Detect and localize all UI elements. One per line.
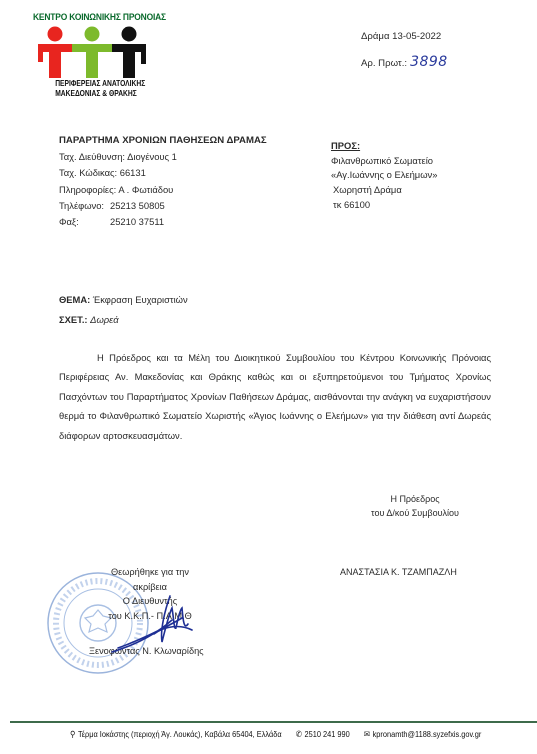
related-line: ΣΧΕΤ.: Δωρεά	[59, 310, 188, 330]
sender-heading: ΠΑΡΑΡΤΗΜΑ ΧΡΟΝΙΩΝ ΠΑΘΗΣΕΩΝ ΔΡΑΜΑΣ	[59, 133, 267, 149]
mail-icon: ✉	[364, 729, 370, 740]
sender-phone: Τηλέφωνο:25213 50805	[59, 198, 267, 214]
president-name: ΑΝΑΣΤΑΣΙΑ Κ. ΤΖΑΜΠΑΖΛΗ	[340, 567, 457, 577]
body-paragraph: Η Πρόεδρος και τα Μέλη του Διοικητικού Σ…	[59, 348, 491, 445]
recipient-line: Χωρηστή Δράμα	[331, 183, 437, 198]
handwritten-signature-icon	[110, 590, 200, 660]
document-date: Δράμα 13-05-2022	[361, 31, 441, 42]
recipient-line: «Αγ.Ιωάννης ο Ελεήμων»	[331, 168, 437, 183]
subject-line: ΘΕΜΑ: Έκφραση Ευχαριστιών	[59, 290, 188, 310]
president-title: Η Πρόεδρος του Δ/κού Συμβουλίου	[360, 492, 470, 520]
org-name: ΚΕΝΤΡΟ ΚΟΙΝΩΝΙΚΗΣ ΠΡΟΝΟΙΑΣ	[33, 12, 166, 23]
footer-contact: ⚲Τέρμα Ιοκάστης (περιοχή Άγ. Λουκάς), Κα…	[70, 729, 481, 740]
protocol-number: Αρ. Πρωτ.:3898	[361, 54, 448, 70]
subject-block: ΘΕΜΑ: Έκφραση Ευχαριστιών ΣΧΕΤ.: Δωρεά	[59, 290, 188, 329]
recipient-label: ΠΡΟΣ:	[331, 139, 437, 154]
people-logo-icon	[36, 26, 148, 78]
sender-block: ΠΑΡΑΡΤΗΜΑ ΧΡΟΝΙΩΝ ΠΑΘΗΣΕΩΝ ΔΡΑΜΑΣ Ταχ. Δ…	[59, 133, 267, 230]
recipient-line: Φιλανθρωπικό Σωματείο	[331, 154, 437, 169]
org-region: ΠΕΡΙΦΕΡΕΙΑΣ ΑΝΑΤΟΛΙΚΗΣ ΜΑΚΕΔΟΝΙΑΣ & ΘΡΑΚ…	[55, 79, 121, 99]
sender-address: Ταχ. Διεύθυνση: Διογένους 1	[59, 149, 267, 165]
sender-postal-code: Ταχ. Κώδικας: 66131	[59, 165, 267, 181]
footer-divider	[10, 721, 537, 723]
recipient-line: τκ 66100	[331, 198, 437, 213]
location-pin-icon: ⚲	[70, 729, 75, 740]
sender-info: Πληροφορίες: Α . Φωτιάδου	[59, 182, 267, 198]
recipient-block: ΠΡΟΣ: Φιλανθρωπικό Σωματείο «Αγ.Ιωάννης …	[331, 139, 437, 213]
footer-email-link[interactable]: kpronamth@1188.syzefxis.gov.gr	[373, 729, 482, 739]
protocol-number-handwritten: 3898	[410, 54, 448, 70]
sender-fax: Φαξ:25210 37511	[59, 214, 267, 230]
phone-icon: ✆	[296, 729, 302, 740]
letter-body: Η Πρόεδρος και τα Μέλη του Διοικητικού Σ…	[59, 348, 491, 445]
